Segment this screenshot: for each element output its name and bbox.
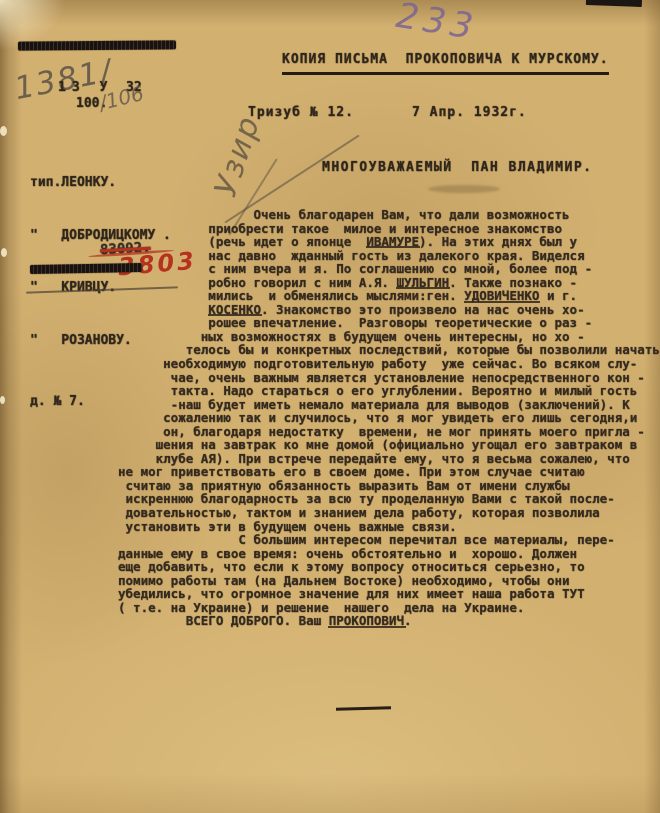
corner-mark xyxy=(586,0,642,7)
date-line: 7 Апр. 1932г. xyxy=(412,105,527,120)
paper-tear-speck xyxy=(0,126,7,136)
underline-mark xyxy=(208,314,262,316)
letter-body: Очень благодарен Вам, что дали возможнос… xyxy=(118,208,660,628)
underline-mark xyxy=(366,246,420,248)
redaction-bar-top xyxy=(18,40,176,50)
bottom-separator-line xyxy=(336,706,391,710)
underline-mark xyxy=(328,626,406,628)
archive-page-number: 233 xyxy=(393,0,480,48)
ink-smudge xyxy=(428,185,500,193)
document-title: КОПИЯ ПИСЬМА ПРОКОПОВИЧА К МУРСКОМУ. xyxy=(282,52,609,75)
salutation: МНОГОУВАЖАЕМЫЙ ПАН ВЛАДИМИР. xyxy=(322,160,592,175)
paper-tear-speck xyxy=(1,248,7,257)
scanned-letter-page: 1381/ 13 У 32 100. /106 233 КОПИЯ ПИСЬМА… xyxy=(0,0,660,813)
paper-tear-speck xyxy=(0,396,5,404)
underline-mark xyxy=(396,287,450,289)
distribution-item: тип.ЛЕОНКУ. xyxy=(30,174,171,192)
underline-mark xyxy=(464,301,540,303)
org-line: Тризуб № 12. xyxy=(248,105,354,120)
